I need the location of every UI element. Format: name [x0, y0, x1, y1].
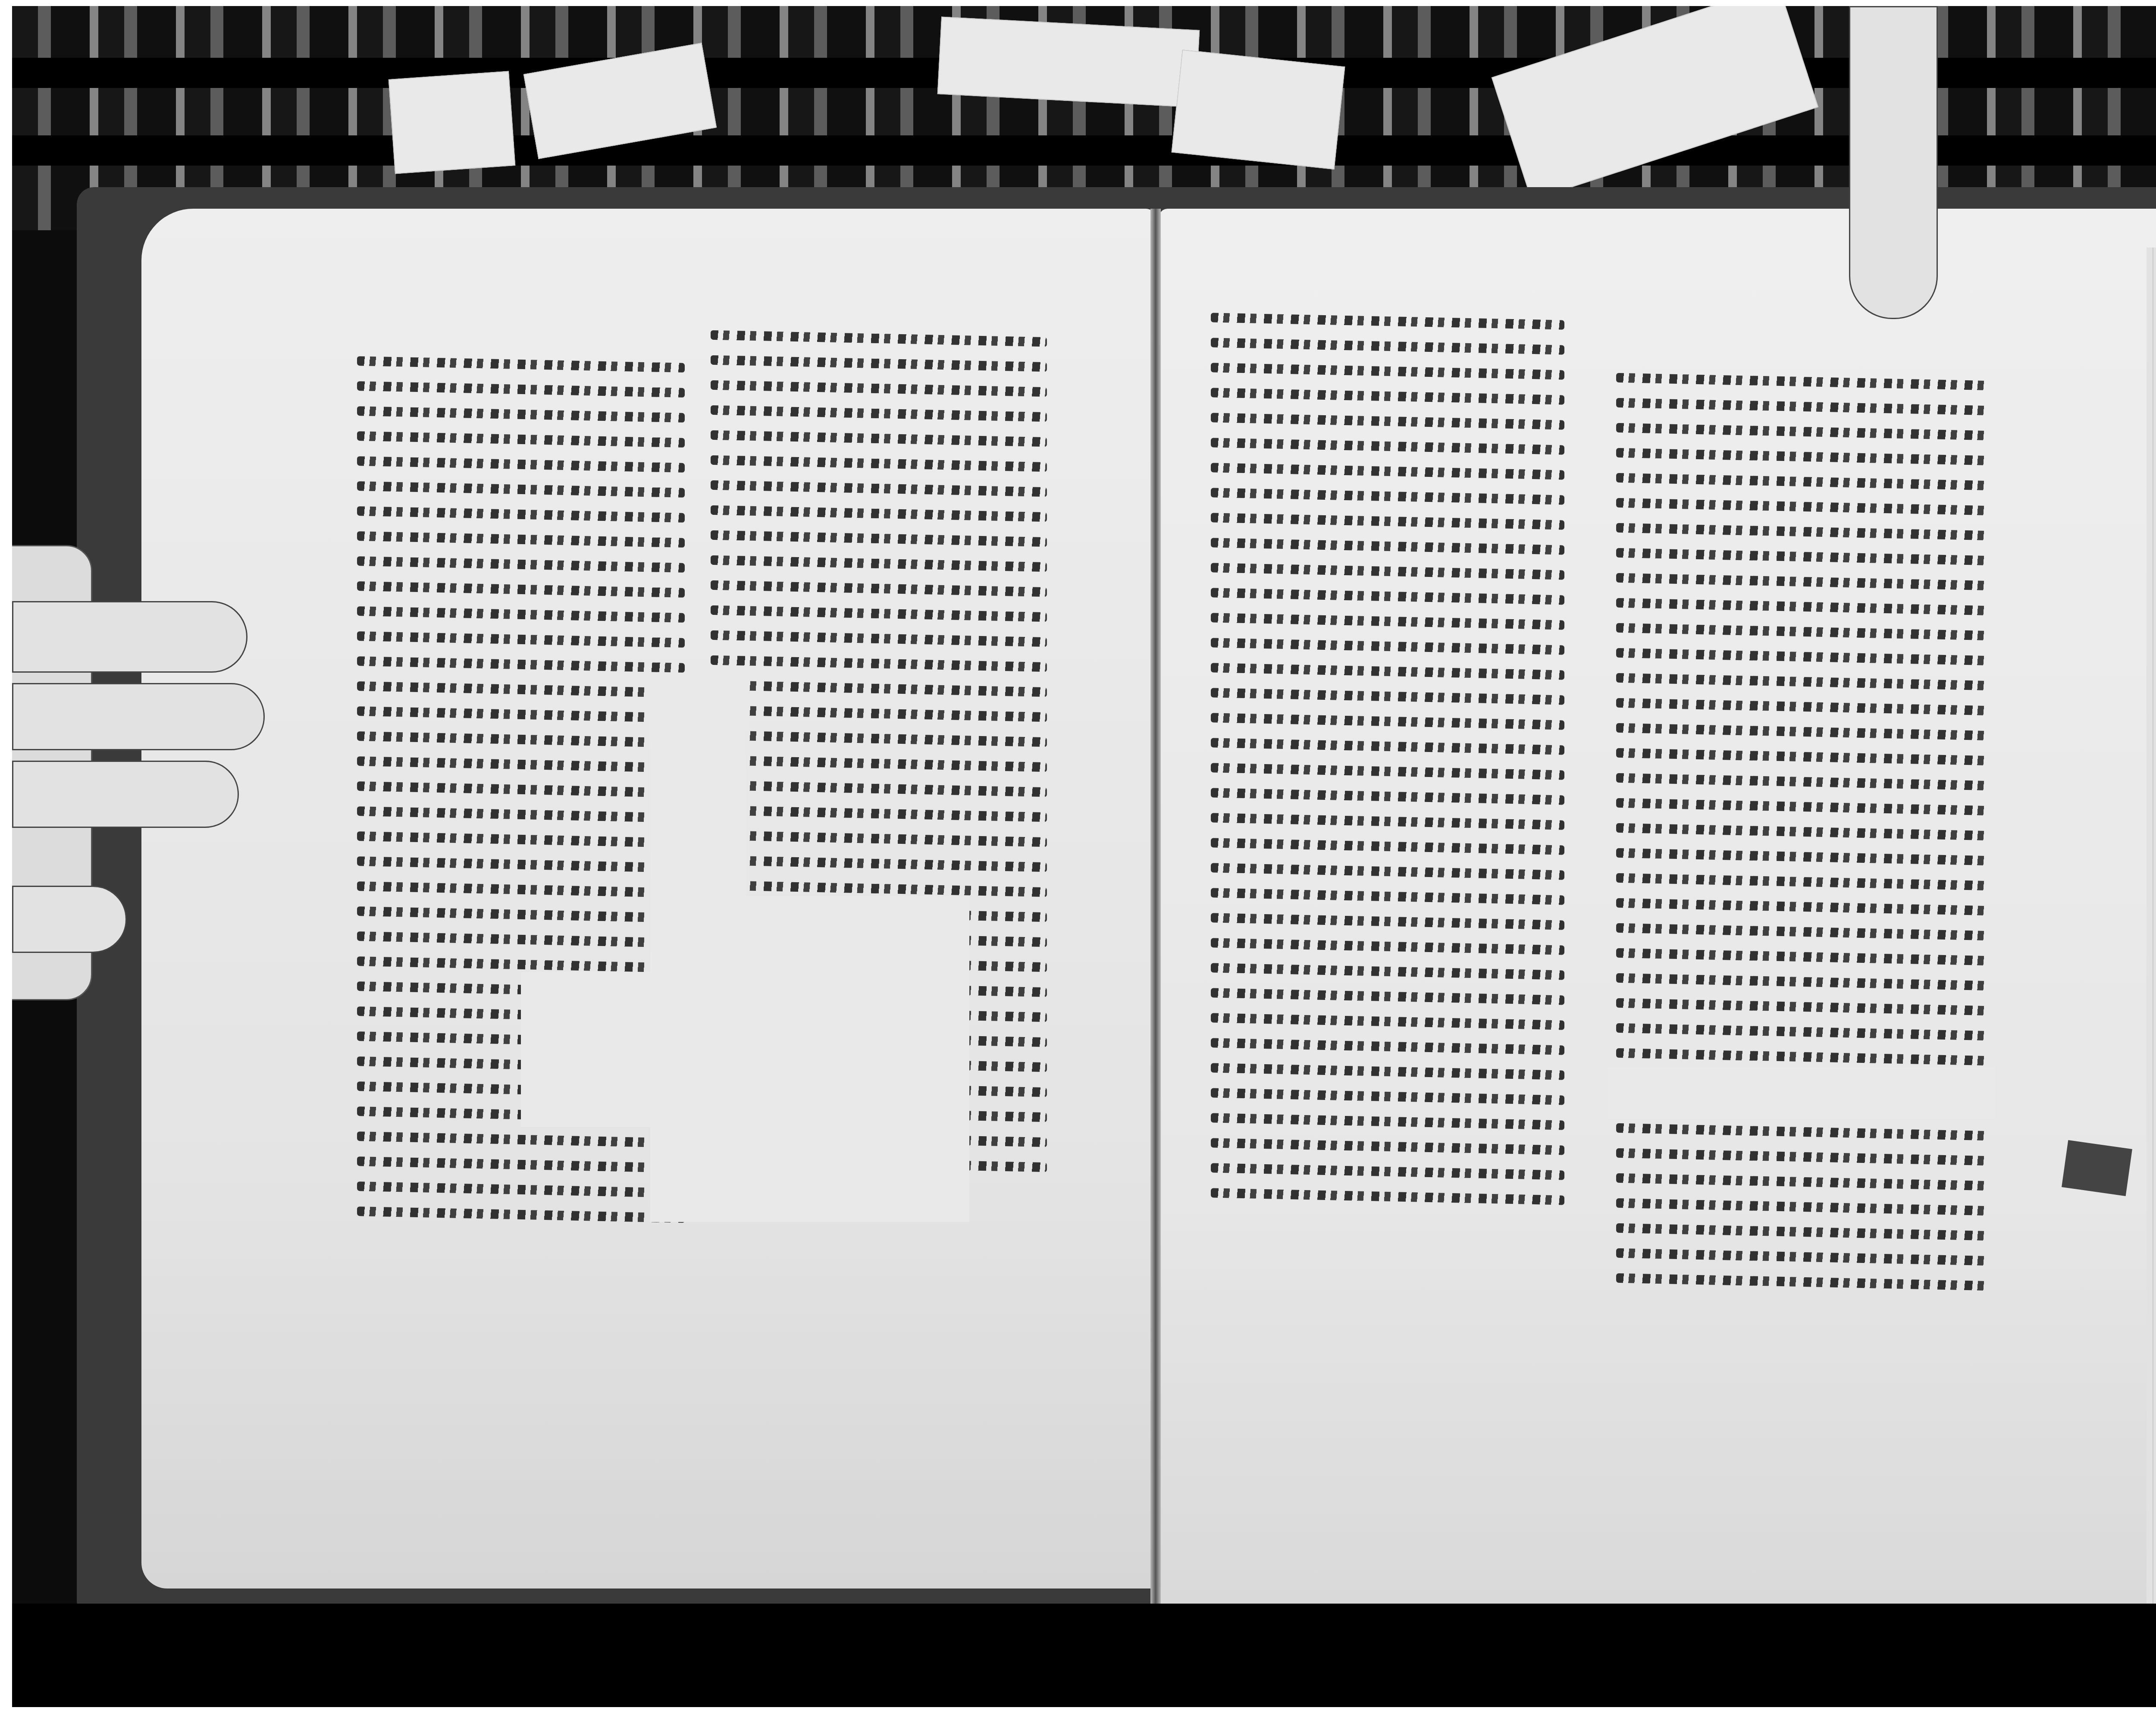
finger-icon [12, 761, 239, 828]
text-column-3 [1211, 316, 1564, 1217]
page-edges [2147, 248, 2156, 1606]
paper-slip [1171, 50, 1345, 169]
text-column-4 [1616, 377, 1987, 1302]
finger-icon [12, 886, 127, 953]
paper-slip [937, 16, 1200, 107]
column-break [1608, 1067, 1996, 1119]
book-gutter [1150, 209, 1161, 1610]
manuscript-photo [12, 6, 2156, 1707]
rug-stripe [12, 135, 2156, 166]
photo-frame [0, 0, 2156, 1717]
paper-slip [389, 71, 516, 174]
dark-patch [2062, 1140, 2132, 1196]
right-thumb [1849, 6, 1938, 319]
dark-foreground [12, 1604, 2156, 1707]
finger-icon [12, 601, 248, 673]
finger-icon [12, 683, 265, 750]
